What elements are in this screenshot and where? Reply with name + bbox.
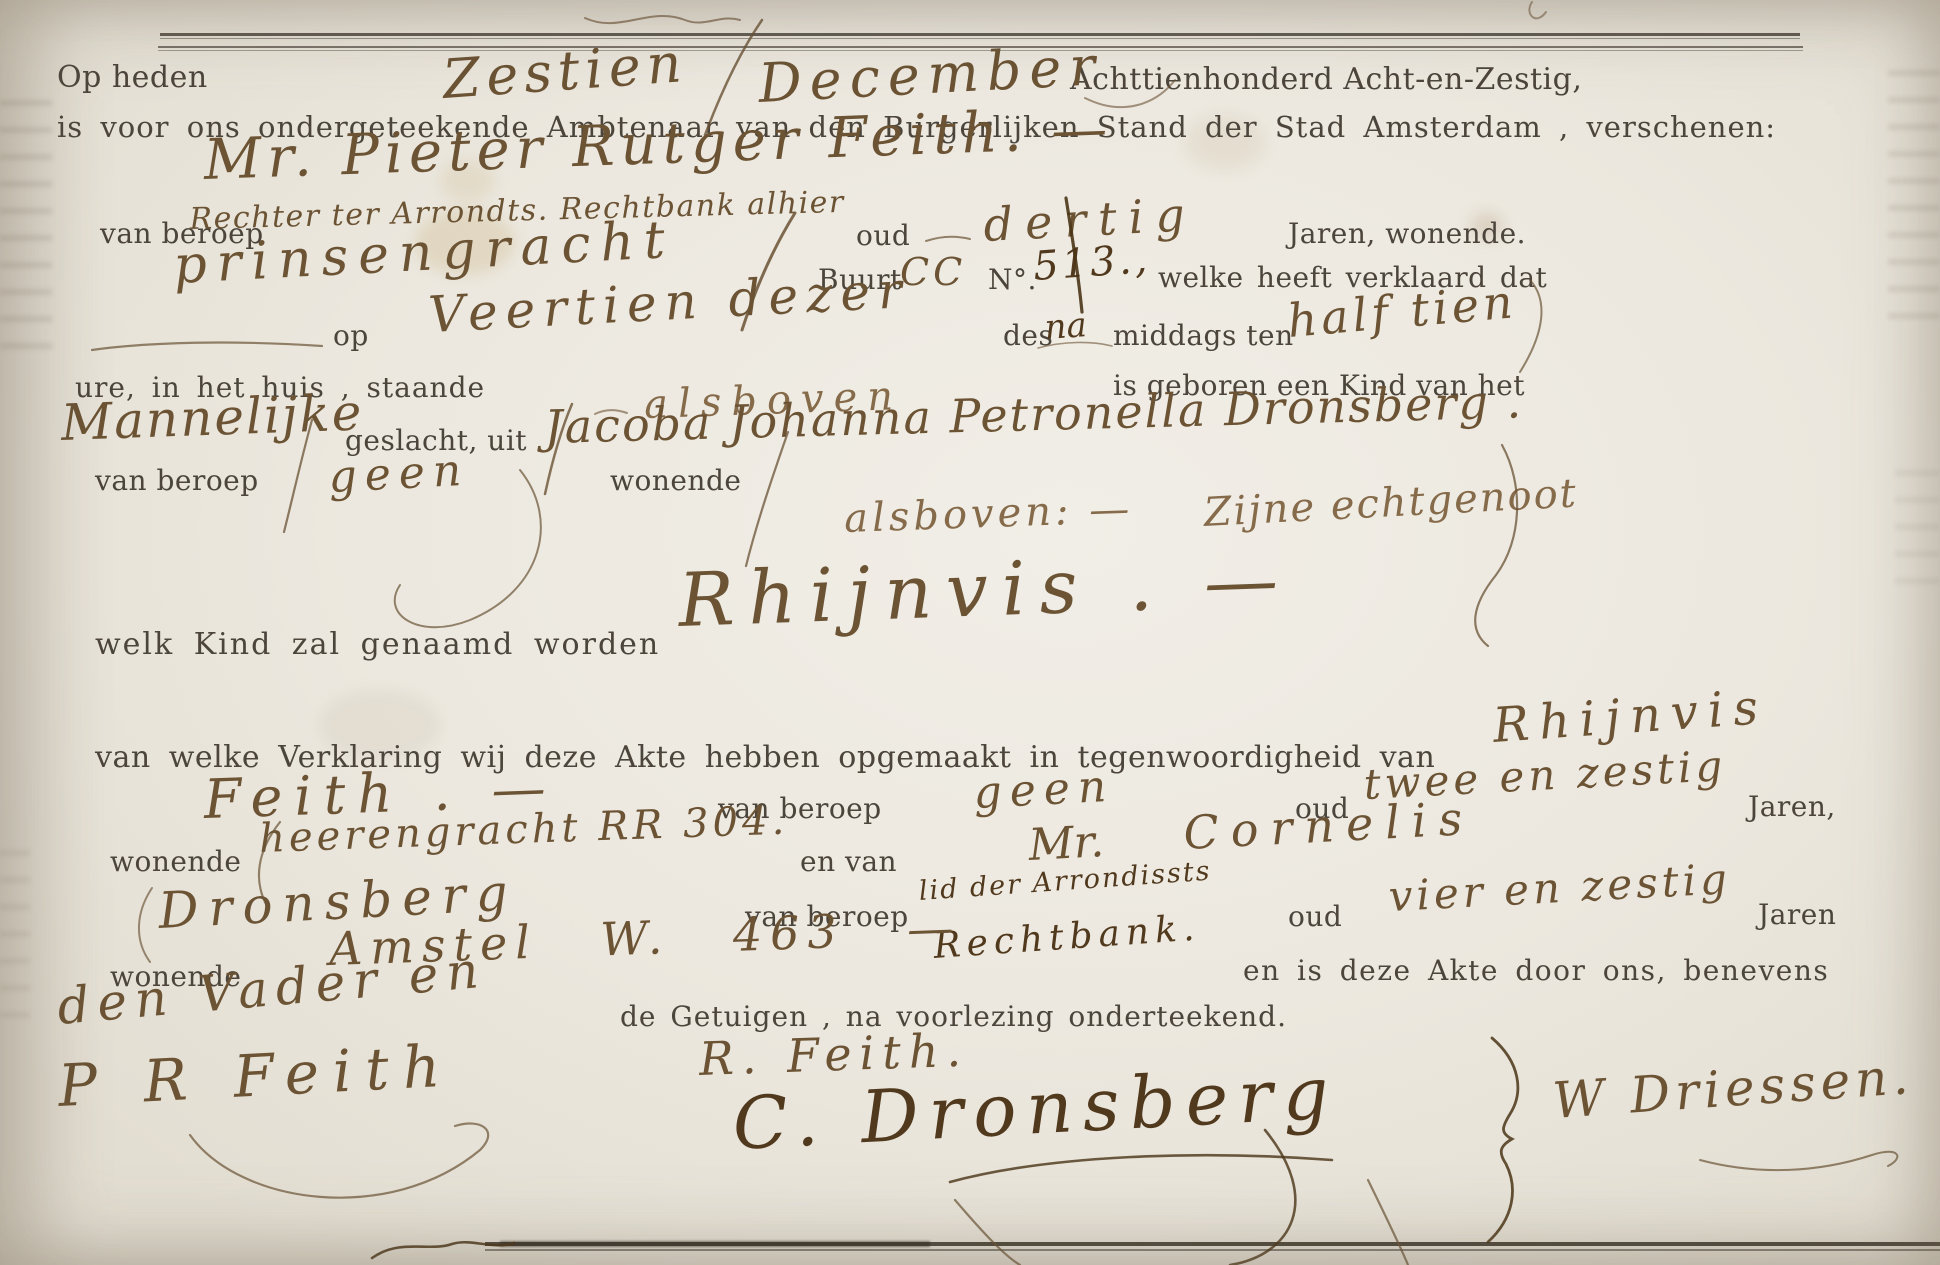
top-rule	[160, 38, 1800, 39]
label-op: op	[333, 319, 369, 352]
label-wonende-moeder: wonende	[610, 464, 741, 497]
label-jaren-wonende: Jaren, wonende.	[1288, 217, 1526, 250]
label-wonende-g1: wonende	[110, 845, 241, 878]
hw-moeder-wonende: alsboven: —	[843, 486, 1134, 542]
bleed-through	[0, 100, 52, 370]
label-jaren-g1: Jaren,	[1748, 790, 1836, 823]
label-van-beroep-2: van beroep	[95, 464, 259, 497]
signature-father: P R Feith	[56, 1031, 455, 1120]
bleed-through	[0, 850, 30, 1020]
hw-g2-voornaam: Cornelis	[1182, 791, 1475, 860]
hw-kind-naam: Rhijnvis . —	[677, 537, 1293, 644]
label-oud-g2: oud	[1288, 900, 1342, 933]
label-op-heden: Op heden	[57, 60, 208, 95]
bottom-rule	[485, 1249, 1940, 1251]
bleed-through	[1888, 70, 1940, 330]
label-en-van: en van	[800, 845, 897, 878]
hw-g1-voornaam: Rhijnvis	[1491, 679, 1770, 754]
hw-moeder-beroep: geen	[327, 445, 470, 503]
hw-date-day: Zestien	[441, 31, 690, 111]
label-year: Achttienhonderd Acht-en-Zestig,	[1070, 62, 1582, 97]
hw-dagdeel-na: na	[1043, 305, 1088, 348]
bleed-through	[1895, 470, 1940, 590]
hw-geslacht: Mannelijke	[60, 383, 364, 452]
bottom-rule	[500, 1241, 930, 1247]
hw-moeder-relatie: Zijne echtgenoot	[1203, 470, 1579, 536]
hw-buurt-code: CC	[900, 250, 966, 294]
hw-g1-beroep: geen	[972, 761, 1115, 819]
hw-huisnummer: 513.,	[1032, 236, 1152, 290]
label-welk-kind: welk Kind zal genaamd worden	[95, 627, 660, 662]
label-jaren-g2: Jaren	[1758, 898, 1836, 931]
label-oud-1: oud	[856, 219, 910, 252]
document-page: Op heden Achttienhonderd Acht-en-Zestig,…	[0, 0, 1940, 1265]
top-rule	[160, 33, 1800, 36]
label-no: N°.	[988, 263, 1037, 296]
signature-registrar: W Driessen.	[1551, 1047, 1915, 1130]
hw-den-vader-en: den Vader en	[55, 941, 489, 1036]
label-middags-ten: middags ten	[1113, 319, 1294, 352]
hw-g2-leeftijd: vier en zestig	[1387, 854, 1732, 921]
label-akte-door-ons: en is deze Akte door ons, benevens	[1243, 954, 1829, 987]
hw-g2-beroep-r2: Rechtbank.	[932, 907, 1201, 967]
